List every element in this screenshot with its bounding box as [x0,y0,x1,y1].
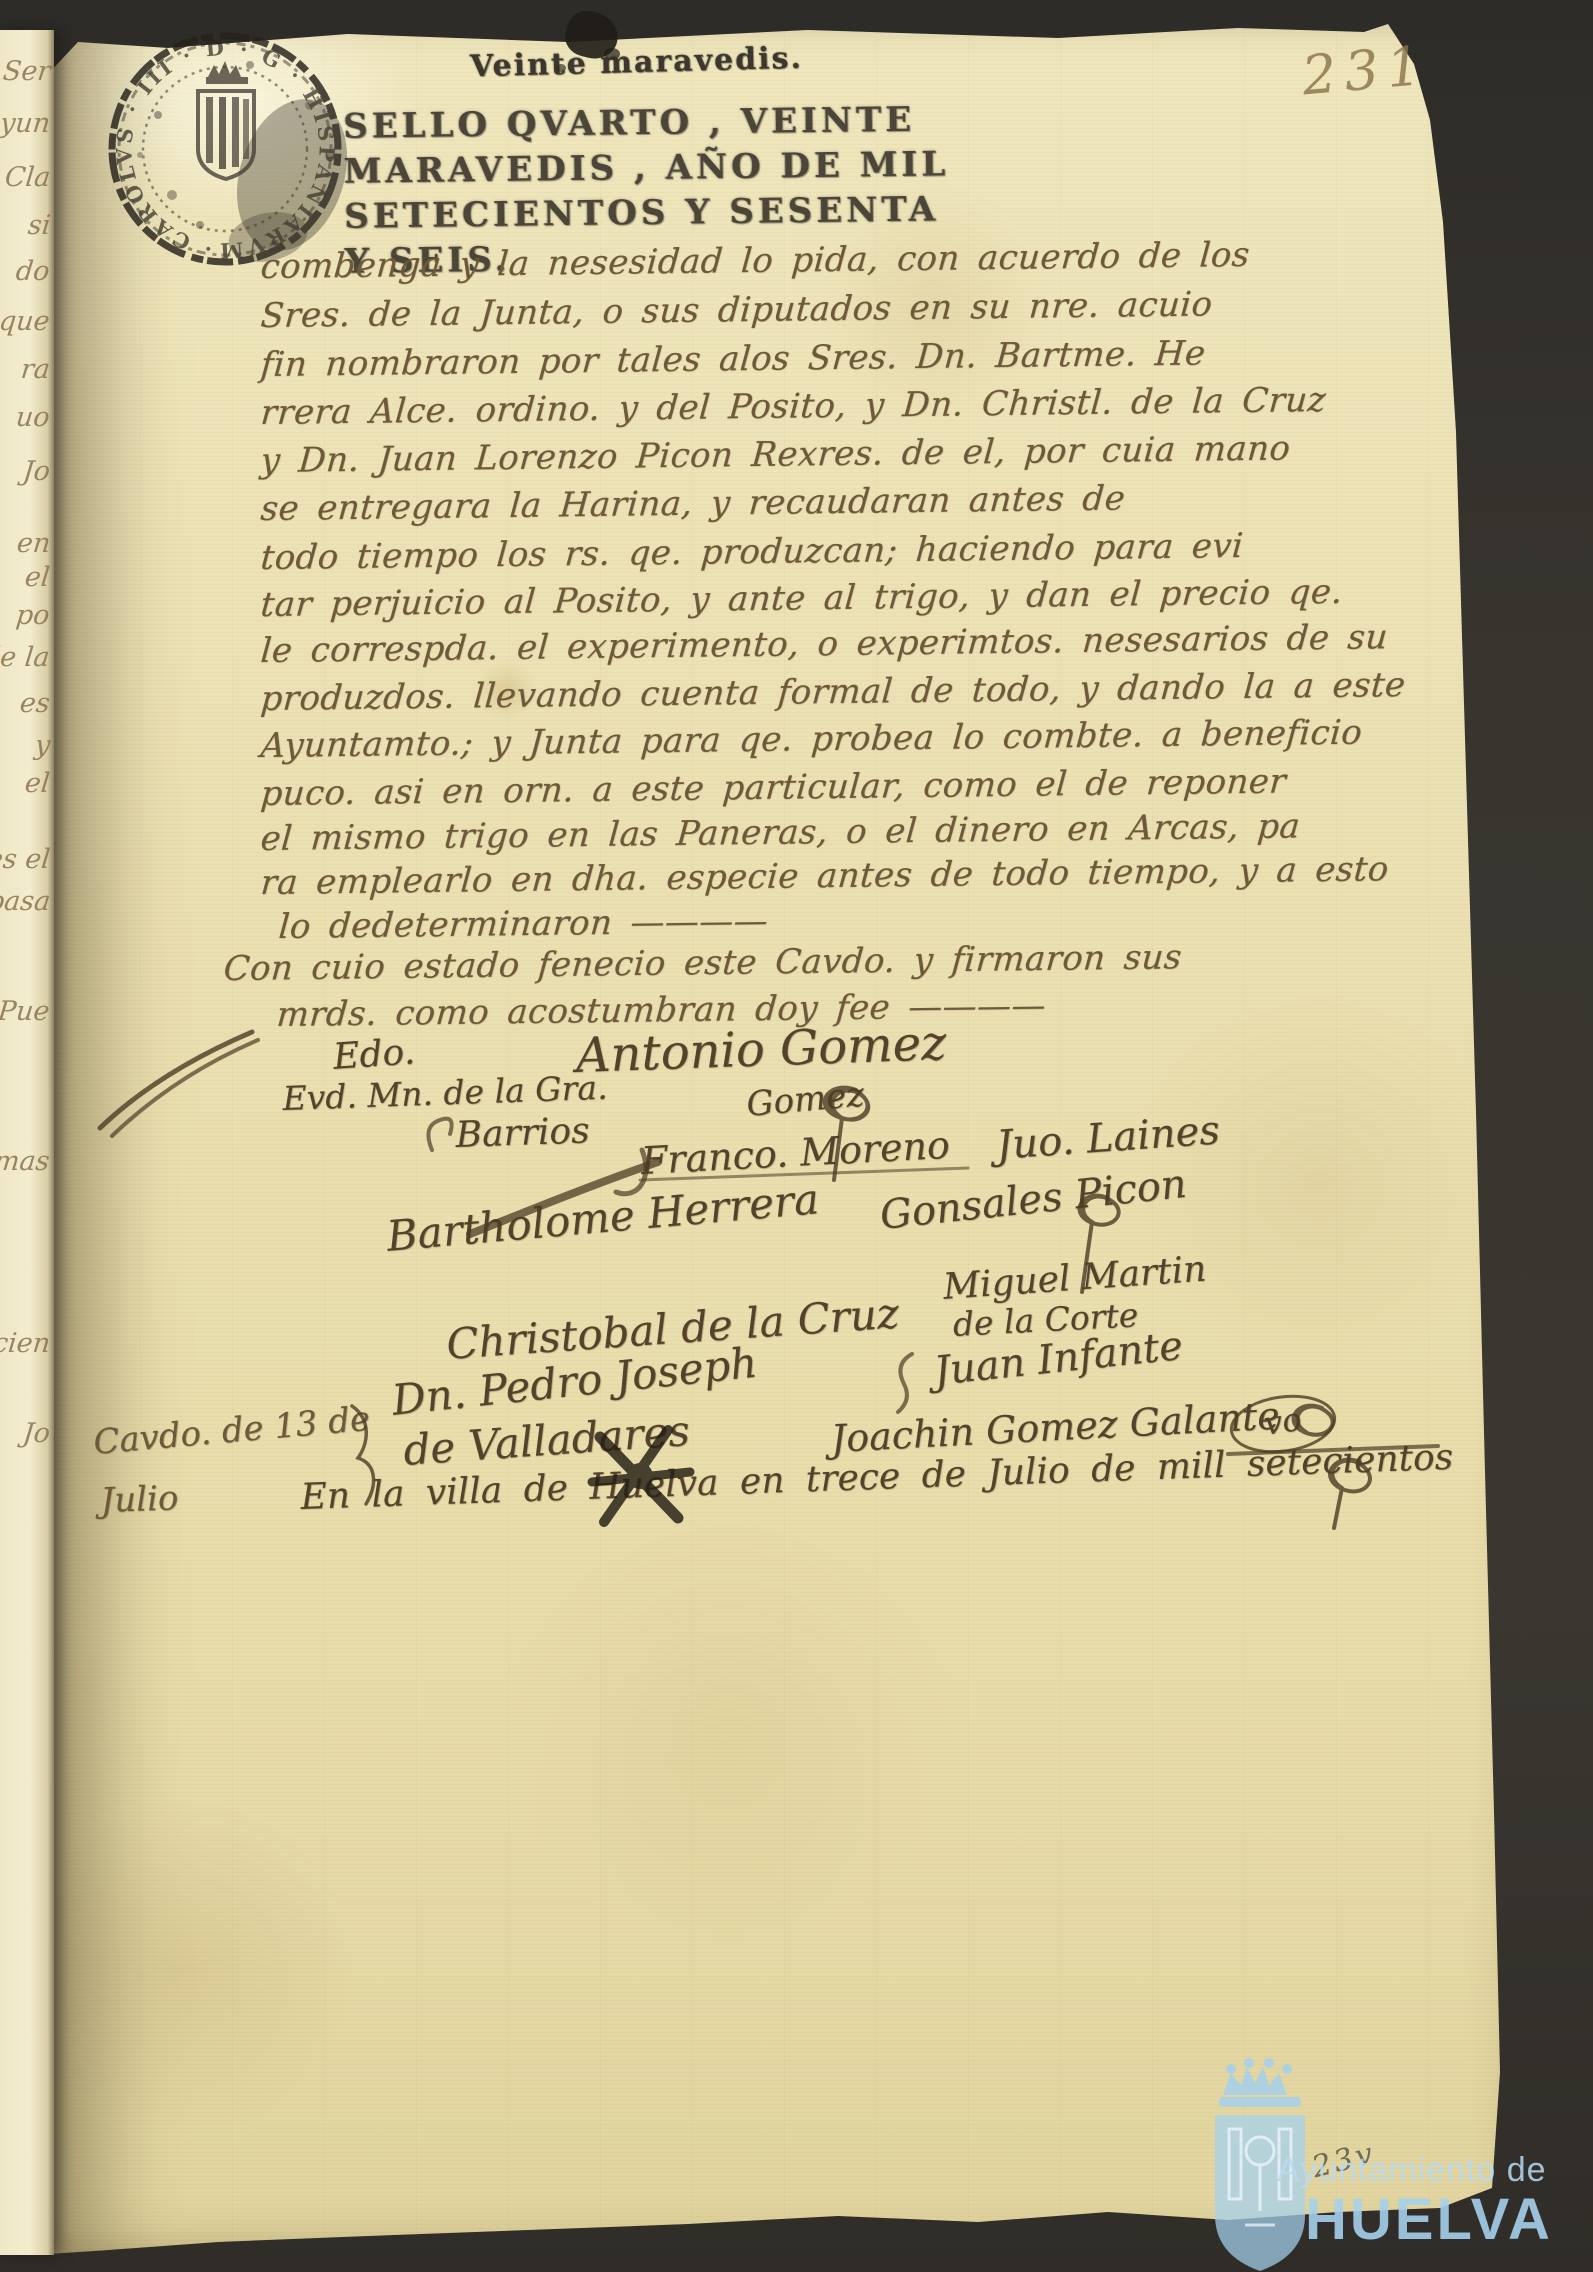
document-scan: Ser ayun Cla si do que ra uo Jo en el po… [0,0,1593,2272]
watermark-text-line1: Ayuntamiento de [1277,2153,1547,2187]
huelva-watermark: Ayuntamiento de HUELVA [1125,2055,1565,2272]
watermark-text-line2: HUELVA [1305,2191,1553,2249]
signature-flourishes [0,0,1593,2272]
